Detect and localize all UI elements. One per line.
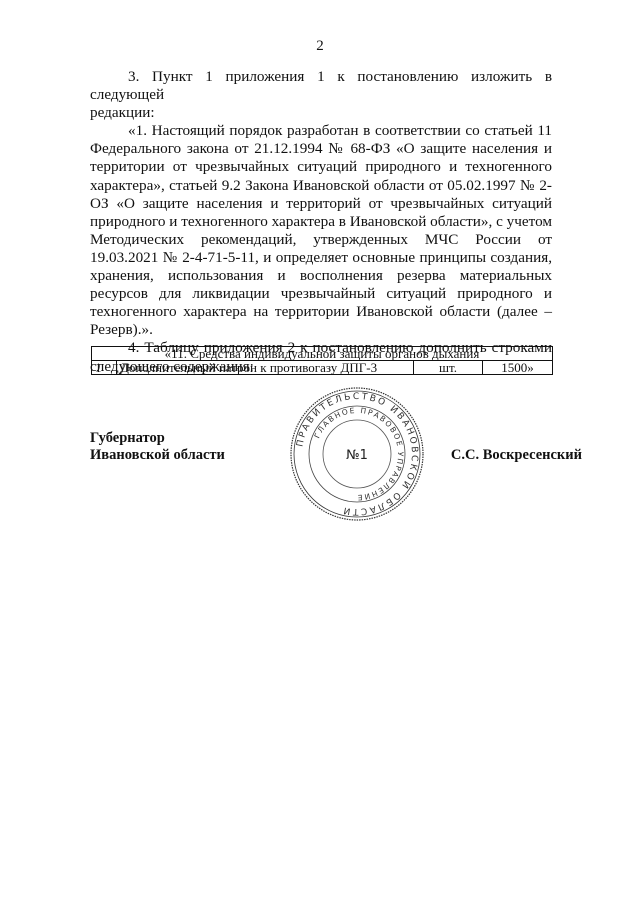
signatory-title-line2: Ивановской области [90,447,225,464]
table-row: 1 Дополнительный патрон к противогазу ДП… [92,361,553,375]
item-name-cell: Дополнительный патрон к противогазу ДПГ-… [117,361,414,375]
quantity-cell: 1500» [483,361,553,375]
unit-cell: шт. [414,361,483,375]
page-number: 2 [0,38,640,55]
signatory-title: Губернатор Ивановской области [90,430,225,464]
seal-center-text: №1 [346,448,368,463]
section-header-cell: «11. Средства индивидуальной защиты орга… [92,347,553,361]
paragraph-3-line2: редакции: [90,104,552,122]
official-seal-icon: ПРАВИТЕЛЬСТВО ИВАНОВСКОЙ ОБЛАСТИ ГЛАВНОЕ… [289,386,425,522]
signatory-title-line1: Губернатор [90,430,225,447]
supplies-table: «11. Средства индивидуальной защиты орга… [91,346,553,375]
quoted-paragraph: «1. Настоящий порядок разработан в соотв… [90,122,552,339]
table-section-header-row: «11. Средства индивидуальной защиты орга… [92,347,553,361]
paragraph-3-line1: 3. Пункт 1 приложения 1 к постановлению … [90,68,552,104]
row-number-cell: 1 [92,361,117,375]
document-body: 3. Пункт 1 приложения 1 к постановлению … [90,68,552,376]
signatory-name: С.С. Воскресенский [451,447,582,464]
